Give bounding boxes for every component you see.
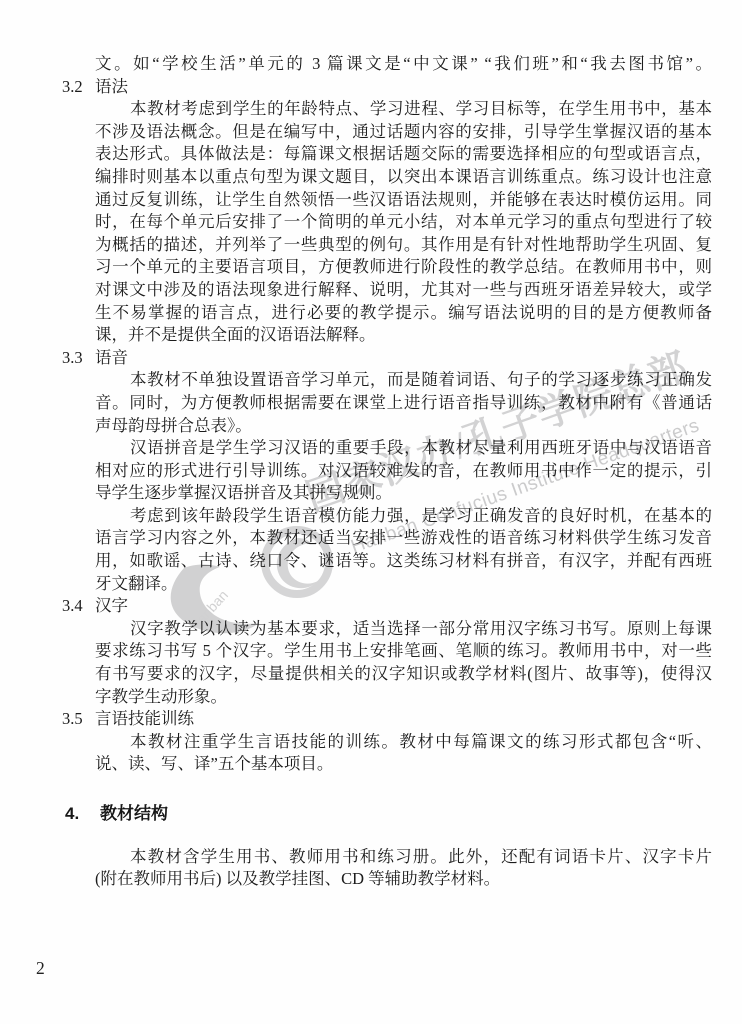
text-line: 牙文翻译。 xyxy=(95,573,712,596)
text-line: 对课文中涉及的语法现象进行解释、说明，尤其对一些与西班牙语差异较大，或学 xyxy=(95,279,712,302)
text-line: 本教材含学生用书、教师用书和练习册。此外，还配有词语卡片、汉字卡片 xyxy=(95,846,712,869)
text-line: 汉语拼音是学生学习汉语的重要手段，本教材尽量利用西班牙语中与汉语语音 xyxy=(95,437,712,460)
section-number: 4. xyxy=(62,803,100,826)
text-line: 考虑到该年龄段学生语音模仿能力强，是学习正确发音的良好时机，在基本的 xyxy=(95,505,712,528)
text-line: 编排时则基本以重点句型为课文题目，以突出本课语言训练重点。练习设计也注意 xyxy=(95,166,712,189)
text-line: (附在教师用书后) 以及教学挂图、CD 等辅助教学材料。 xyxy=(95,868,712,891)
section-title: 汉字 xyxy=(95,595,128,618)
text-line: 声母韵母拼合总表》。 xyxy=(95,415,712,438)
text-line: 通过反复训练，让学生自然领悟一些汉语语法规则，并能够在表达时模仿运用。同 xyxy=(95,189,712,212)
section-heading-3-5: 3.5 言语技能训练 xyxy=(62,708,712,731)
text-line: 本教材不单独设置语音学习单元，而是随着词语、句子的学习逐步练习正确发 xyxy=(95,369,712,392)
text-line: 习一个单元的主要语言项目，方便教师进行阶段性的教学总结。在教师用书中，则 xyxy=(95,256,712,279)
text-line: 本教材注重学生言语技能的训练。教材中每篇课文的练习形式都包含“听、 xyxy=(95,731,712,754)
text-line: 课，并不是提供全面的汉语语法解释。 xyxy=(95,324,712,347)
section-heading-3-3: 3.3 语音 xyxy=(62,347,712,370)
text-line: 字教学生动形象。 xyxy=(95,686,712,709)
text-line: 不涉及语法概念。但是在编写中，通过话题内容的安排，引导学生掌握汉语的基本 xyxy=(95,121,712,144)
section-number: 3.5 xyxy=(62,708,95,731)
section-number: 3.4 xyxy=(62,595,95,618)
text-line: 文。如“学校生活”单元的 3 篇课文是“中文课” “我们班”和“我去图书馆”。 xyxy=(95,53,712,76)
text-line: 语言学习内容之外，本教材还适当安排一些游戏性的语音练习材料供学生练习发音 xyxy=(95,527,712,550)
section-heading-4: 4. 教材结构 xyxy=(62,803,712,826)
text-line: 用，如歌谣、古诗、绕口令、谜语等。这类练习材料有拼音，有汉字，并配有西班 xyxy=(95,550,712,573)
text-line: 时，在每个单元后安排了一个简明的单元小结，对本单元学习的重点句型进行了较 xyxy=(95,211,712,234)
text-line: 生不易掌握的语言点，进行必要的教学提示。编写语法说明的目的是方便教师备 xyxy=(95,302,712,325)
section-title: 语法 xyxy=(95,76,128,99)
text-line: 音。同时，为方便教师根据需要在课堂上进行语音指导训练，教材中附有《普通话 xyxy=(95,392,712,415)
section-number: 3.3 xyxy=(62,347,95,370)
text-line: 汉字教学以认读为基本要求，适当选择一部分常用汉字练习书写。原则上每课 xyxy=(95,618,712,641)
text-line: 要求练习书写 5 个汉字。学生用书上安排笔画、笔顺的练习。教师用书中，对一些 xyxy=(95,640,712,663)
text-line: 导学生逐步掌握汉语拼音及其拼写规则。 xyxy=(95,482,712,505)
text-line: 本教材考虑到学生的年龄特点、学习进程、学习目标等，在学生用书中，基本 xyxy=(95,98,712,121)
section-heading-3-2: 3.2 语法 xyxy=(62,76,712,99)
scanned-document-page: Hanban 国家汉办/孔子学院总部 Hanban Confucius Inst… xyxy=(0,0,742,1024)
section-number: 3.2 xyxy=(62,76,95,99)
text-line: 表达形式。具体做法是：每篇课文根据话题交际的需要选择相应的句型或语言点， xyxy=(95,143,712,166)
section-title: 教材结构 xyxy=(100,803,168,826)
section-title: 语音 xyxy=(95,347,128,370)
text-line: 说、读、写、译”五个基本项目。 xyxy=(95,753,712,776)
text-line: 相对应的形式进行引导训练。对汉语较难发的音，在教师用书中作一定的提示，引 xyxy=(95,460,712,483)
document-text-block: 文。如“学校生活”单元的 3 篇课文是“中文课” “我们班”和“我去图书馆”。 … xyxy=(62,53,712,891)
text-line: 为概括的描述，并列举了一些典型的例句。其作用是有针对性地帮助学生巩固、复 xyxy=(95,234,712,257)
section-title: 言语技能训练 xyxy=(95,708,194,731)
page-number: 2 xyxy=(36,958,45,979)
section-heading-3-4: 3.4 汉字 xyxy=(62,595,712,618)
text-line: 有书写要求的汉字，尽量提供相关的汉字知识或教学材料(图片、故事等)，使得汉 xyxy=(95,663,712,686)
